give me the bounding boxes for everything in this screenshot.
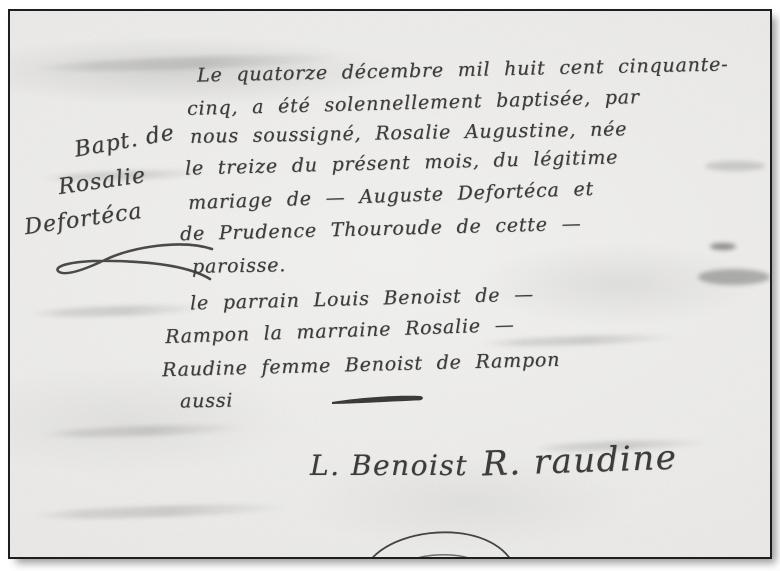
margin-note-line: Bapt. de [73,120,177,162]
body-line: Le quatorze décembre mil huit cent cinqu… [197,53,729,86]
body-line: aussi [180,390,234,413]
closing-dash-stroke [332,393,427,407]
margin-note-line: Rosalie [57,163,148,200]
ink-smudge [705,161,765,171]
body-line: le parrain Louis Benoist de — [190,284,534,315]
margin-note-line: Defortéca [23,199,144,240]
ink-smudge [698,269,770,285]
body-line: Raudine femme Benoist de Rampon [162,349,561,381]
bleed-through-mark [38,422,248,439]
ink-smudge [710,243,736,250]
body-line: le treize du présent mois, du légitime [185,146,619,179]
signature-benoist: L. Benoist [310,449,468,482]
body-line: Rampon la marraine Rosalie — [165,314,515,348]
body-line: cinq, a été solennellement baptisée, par [187,86,640,120]
screenshot-stage: Bapt. de Rosalie Defortéca Le quatorze d… [0,0,780,571]
bleed-through-mark [28,303,208,319]
bleed-through-mark [30,501,290,521]
body-line: nous soussigné, Rosalie Augustine, née [190,118,628,148]
body-line: de Prudence Thouroude de cette — [180,213,582,246]
signature-raudine: R. raudine [481,438,678,485]
bottom-cutoff-flourish [362,527,532,559]
body-line: paroisse. [192,254,286,278]
body-line: mariage de — Auguste Defortéca et [188,178,595,214]
scanned-register-page: Bapt. de Rosalie Defortéca Le quatorze d… [8,9,772,559]
